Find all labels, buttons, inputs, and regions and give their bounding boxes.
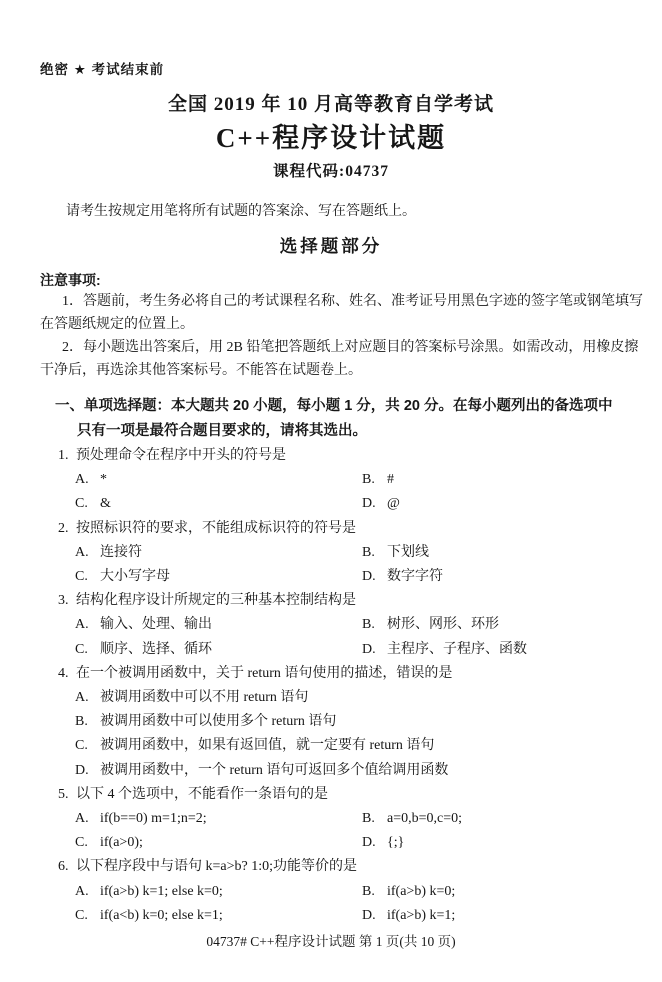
question-list: 1.预处理命令在程序中开头的符号是 A.* B.# C.& D.@ 2.按照标识… [40,444,622,928]
question-stem: 结构化程序设计所规定的三种基本控制结构是 [76,593,356,608]
course-code: 课程代码:04737 [40,160,622,183]
option-label: B. [362,613,378,637]
option-label: B. [75,710,91,734]
exam-page: 绝密 ★ 考试结束前 全国 2019 年 10 月高等教育自学考试 C++程序设… [0,0,662,982]
question-options: A.连接符 B.下划线 C.大小写字母 D.数字字符 [40,541,622,589]
question-stem-row: 2.按照标识符的要求，不能组成标识符的符号是 [40,517,622,541]
option-label: D. [362,638,378,662]
option-text: 被调用函数中可以使用多个 return 语句 [100,714,336,729]
option-label: A. [75,468,91,492]
option-label: B. [362,880,378,904]
notice-line-2: 在答题纸规定的位置上。 [40,313,622,336]
option-text: {;} [387,835,404,850]
option-text: 被调用函数中，如果有返回值，就一定要有 return 语句 [100,738,434,753]
option-a: A.连接符 [75,541,362,565]
option-d: D.主程序、子程序、函数 [362,638,622,662]
question-2: 2.按照标识符的要求，不能组成标识符的符号是 A.连接符 B.下划线 C.大小写… [40,517,622,590]
option-d: D.if(a>b) k=1; [362,904,622,928]
question-stem: 按照标识符的要求，不能组成标识符的符号是 [76,521,356,536]
option-text: & [100,496,111,511]
option-text: if(a>b) k=1; else k=0; [100,884,223,899]
option-text: # [387,472,394,487]
option-c: C.大小写字母 [75,565,362,589]
question-stem-row: 5.以下 4 个选项中，不能看作一条语句的是 [40,783,622,807]
page-footer: 04737# C++程序设计试题 第 1 页(共 10 页) [0,933,662,951]
option-label: A. [75,541,91,565]
option-c: C.if(a>0); [75,831,362,855]
question-stem: 以下 4 个选项中，不能看作一条语句的是 [76,787,328,802]
option-text: 主程序、子程序、函数 [387,642,527,657]
option-text: 输入、处理、输出 [100,617,212,632]
option-b: B.树形、网形、环形 [362,613,622,637]
question-5: 5.以下 4 个选项中，不能看作一条语句的是 A.if(b==0) m=1;n=… [40,783,622,856]
option-label: C. [75,565,91,589]
option-label: D. [75,759,91,783]
section-title: 选择题部分 [40,234,622,259]
option-label: D. [362,492,378,516]
question-number: 6. [58,855,71,879]
option-a: A.if(b==0) m=1;n=2; [75,807,362,831]
option-b: B.下划线 [362,541,622,565]
question-number: 1. [58,444,71,468]
option-label: D. [362,904,378,928]
notice-line-3: 2．每小题选出答案后，用 2B 铅笔把答题纸上对应题目的答案标号涂黑。如需改动，… [40,336,622,359]
option-text: 被调用函数中，一个 return 语句可返回多个值给调用函数 [100,763,448,778]
part-one-heading: 一、单项选择题：本大题共 20 小题，每小题 1 分，共 20 分。在每小题列出… [40,394,622,444]
option-a: A.被调用函数中可以不用 return 语句 [75,686,622,710]
option-label: C. [75,492,91,516]
option-label: A. [75,613,91,637]
question-stem-row: 4.在一个被调用函数中，关于 return 语句使用的描述，错误的是 [40,662,622,686]
option-label: B. [362,807,378,831]
option-d: D.{;} [362,831,622,855]
option-b: B.a=0,b=0,c=0; [362,807,622,831]
option-d: D.被调用函数中，一个 return 语句可返回多个值给调用函数 [75,759,622,783]
option-text: 被调用函数中可以不用 return 语句 [100,690,308,705]
notice-heading: 注意事项: [40,270,622,290]
option-a: A.* [75,468,362,492]
option-text: * [100,472,107,487]
option-text: 顺序、选择、循环 [100,642,212,657]
option-text: 数字字符 [387,569,443,584]
option-label: C. [75,831,91,855]
notice-line-4: 干净后，再选涂其他答案标号。不能答在试题卷上。 [40,359,622,382]
question-1: 1.预处理命令在程序中开头的符号是 A.* B.# C.& D.@ [40,444,622,517]
question-4: 4.在一个被调用函数中，关于 return 语句使用的描述，错误的是 A.被调用… [40,662,622,783]
part-heading-line-2: 只有一项是最符合题目要求的，请将其选出。 [55,419,622,444]
answer-instruction: 请考生按规定用笔将所有试题的答案涂、写在答题纸上。 [40,202,622,222]
option-label: D. [362,565,378,589]
option-text: if(a<b) k=0; else k=1; [100,908,223,923]
option-label: C. [75,638,91,662]
question-stem-row: 1.预处理命令在程序中开头的符号是 [40,444,622,468]
exam-title: 全国 2019 年 10 月高等教育自学考试 [40,91,622,118]
option-label: B. [362,541,378,565]
option-label: C. [75,904,91,928]
option-text: 下划线 [387,545,429,560]
part-heading-line-1: 一、单项选择题：本大题共 20 小题，每小题 1 分，共 20 分。在每小题列出… [55,394,622,419]
option-c: C.顺序、选择、循环 [75,638,362,662]
option-text: if(b==0) m=1;n=2; [100,811,207,826]
option-text: if(a>b) k=1; [387,908,455,923]
option-label: A. [75,807,91,831]
question-options: A.if(a>b) k=1; else k=0; B.if(a>b) k=0; … [40,880,622,928]
question-options: A.* B.# C.& D.@ [40,468,622,516]
classification-label: 绝密 ★ 考试结束前 [40,62,622,78]
option-b: B.# [362,468,622,492]
option-a: A.输入、处理、输出 [75,613,362,637]
option-b: B.被调用函数中可以使用多个 return 语句 [75,710,622,734]
option-a: A.if(a>b) k=1; else k=0; [75,880,362,904]
option-text: 大小写字母 [100,569,170,584]
question-3: 3.结构化程序设计所规定的三种基本控制结构是 A.输入、处理、输出 B.树形、网… [40,589,622,662]
question-stem: 以下程序段中与语句 k=a>b? 1:0;功能等价的是 [76,859,357,874]
option-text: 连接符 [100,545,142,560]
option-label: A. [75,686,91,710]
question-stem: 在一个被调用函数中，关于 return 语句使用的描述，错误的是 [76,666,452,681]
question-number: 5. [58,783,71,807]
option-text: if(a>b) k=0; [387,884,455,899]
option-label: A. [75,880,91,904]
notice-line-1: 1．答题前，考生务必将自己的考试课程名称、姓名、准考证号用黑色字迹的签字笔或钢笔… [40,290,622,313]
option-text: @ [387,496,400,511]
option-label: C. [75,734,91,758]
option-label: B. [362,468,378,492]
question-stem: 预处理命令在程序中开头的符号是 [76,448,286,463]
exam-subtitle: C++程序设计试题 [40,120,622,157]
question-stem-row: 6.以下程序段中与语句 k=a>b? 1:0;功能等价的是 [40,855,622,879]
question-options: A.被调用函数中可以不用 return 语句 B.被调用函数中可以使用多个 re… [40,686,622,783]
question-number: 3. [58,589,71,613]
option-c: C.& [75,492,362,516]
question-6: 6.以下程序段中与语句 k=a>b? 1:0;功能等价的是 A.if(a>b) … [40,855,622,928]
option-d: D.@ [362,492,622,516]
question-options: A.输入、处理、输出 B.树形、网形、环形 C.顺序、选择、循环 D.主程序、子… [40,613,622,661]
question-number: 4. [58,662,71,686]
question-options: A.if(b==0) m=1;n=2; B.a=0,b=0,c=0; C.if(… [40,807,622,855]
option-text: a=0,b=0,c=0; [387,811,462,826]
option-text: 树形、网形、环形 [387,617,499,632]
option-c: C.被调用函数中，如果有返回值，就一定要有 return 语句 [75,734,622,758]
option-c: C.if(a<b) k=0; else k=1; [75,904,362,928]
option-b: B.if(a>b) k=0; [362,880,622,904]
option-label: D. [362,831,378,855]
question-stem-row: 3.结构化程序设计所规定的三种基本控制结构是 [40,589,622,613]
option-text: if(a>0); [100,835,143,850]
option-d: D.数字字符 [362,565,622,589]
question-number: 2. [58,517,71,541]
